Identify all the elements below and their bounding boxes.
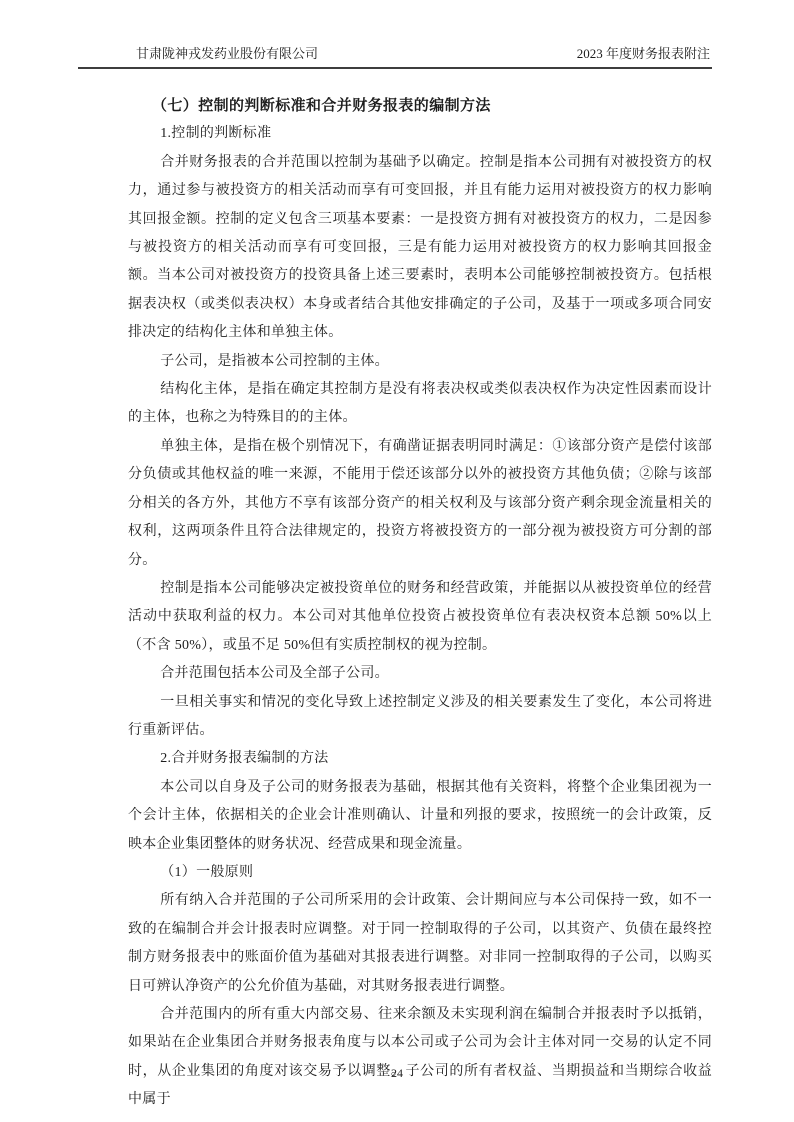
- document-page: 甘肃陇神戎发药业股份有限公司 2023 年度财务报表附注 （七）控制的判断标准和…: [0, 0, 794, 1122]
- section-heading: （七）控制的判断标准和合并财务报表的编制方法: [128, 92, 712, 120]
- paragraph: 一旦相关事实和情况的变化导致上述控制定义涉及的相关要素发生了变化，本公司将进行重…: [128, 689, 712, 746]
- document-body: （七）控制的判断标准和合并财务报表的编制方法 1.控制的判断标准 合并财务报表的…: [128, 92, 712, 1115]
- paragraph: 本公司以自身及子公司的财务报表为基础，根据其他有关资料，将整个企业集团视为一个会…: [128, 774, 712, 859]
- paragraph: 所有纳入合并范围的子公司所采用的会计政策、会计期间应与本公司保持一致，如不一致的…: [128, 887, 712, 1001]
- paragraph: 控制是指本公司能够决定被投资单位的财务和经营政策，并能据以从被投资单位的经营活动…: [128, 575, 712, 660]
- subsection-heading-2: 2.合并财务报表编制的方法: [128, 745, 712, 773]
- paragraph: 合并范围内的所有重大内部交易、往来余额及未实现利润在编制合并报表时予以抵销，如果…: [128, 1001, 712, 1115]
- page-footer: 24: [0, 1066, 794, 1081]
- header-company-name: 甘肃陇神戎发药业股份有限公司: [78, 46, 318, 62]
- page-number: 24: [391, 1066, 403, 1080]
- page-header: 甘肃陇神戎发药业股份有限公司 2023 年度财务报表附注: [78, 46, 712, 69]
- paragraph: 单独主体，是指在极个别情况下，有确凿证据表明同时满足：①该部分资产是偿付该部分负…: [128, 433, 712, 575]
- paragraph: 合并范围包括本公司及全部子公司。: [128, 660, 712, 688]
- paragraph: 结构化主体，是指在确定其控制方是没有将表决权或类似表决权作为决定性因素而设计的主…: [128, 376, 712, 433]
- page-header-row: 甘肃陇神戎发药业股份有限公司 2023 年度财务报表附注: [78, 46, 712, 62]
- header-doc-title: 2023 年度财务报表附注: [577, 46, 712, 62]
- subsection-heading-1: 1.控制的判断标准: [128, 120, 712, 148]
- paragraph: 子公司，是指被本公司控制的主体。: [128, 348, 712, 376]
- subsection-heading-1-1: （1）一般原则: [128, 859, 712, 887]
- paragraph: 合并财务报表的合并范围以控制为基础予以确定。控制是指本公司拥有对被投资方的权力，…: [128, 149, 712, 348]
